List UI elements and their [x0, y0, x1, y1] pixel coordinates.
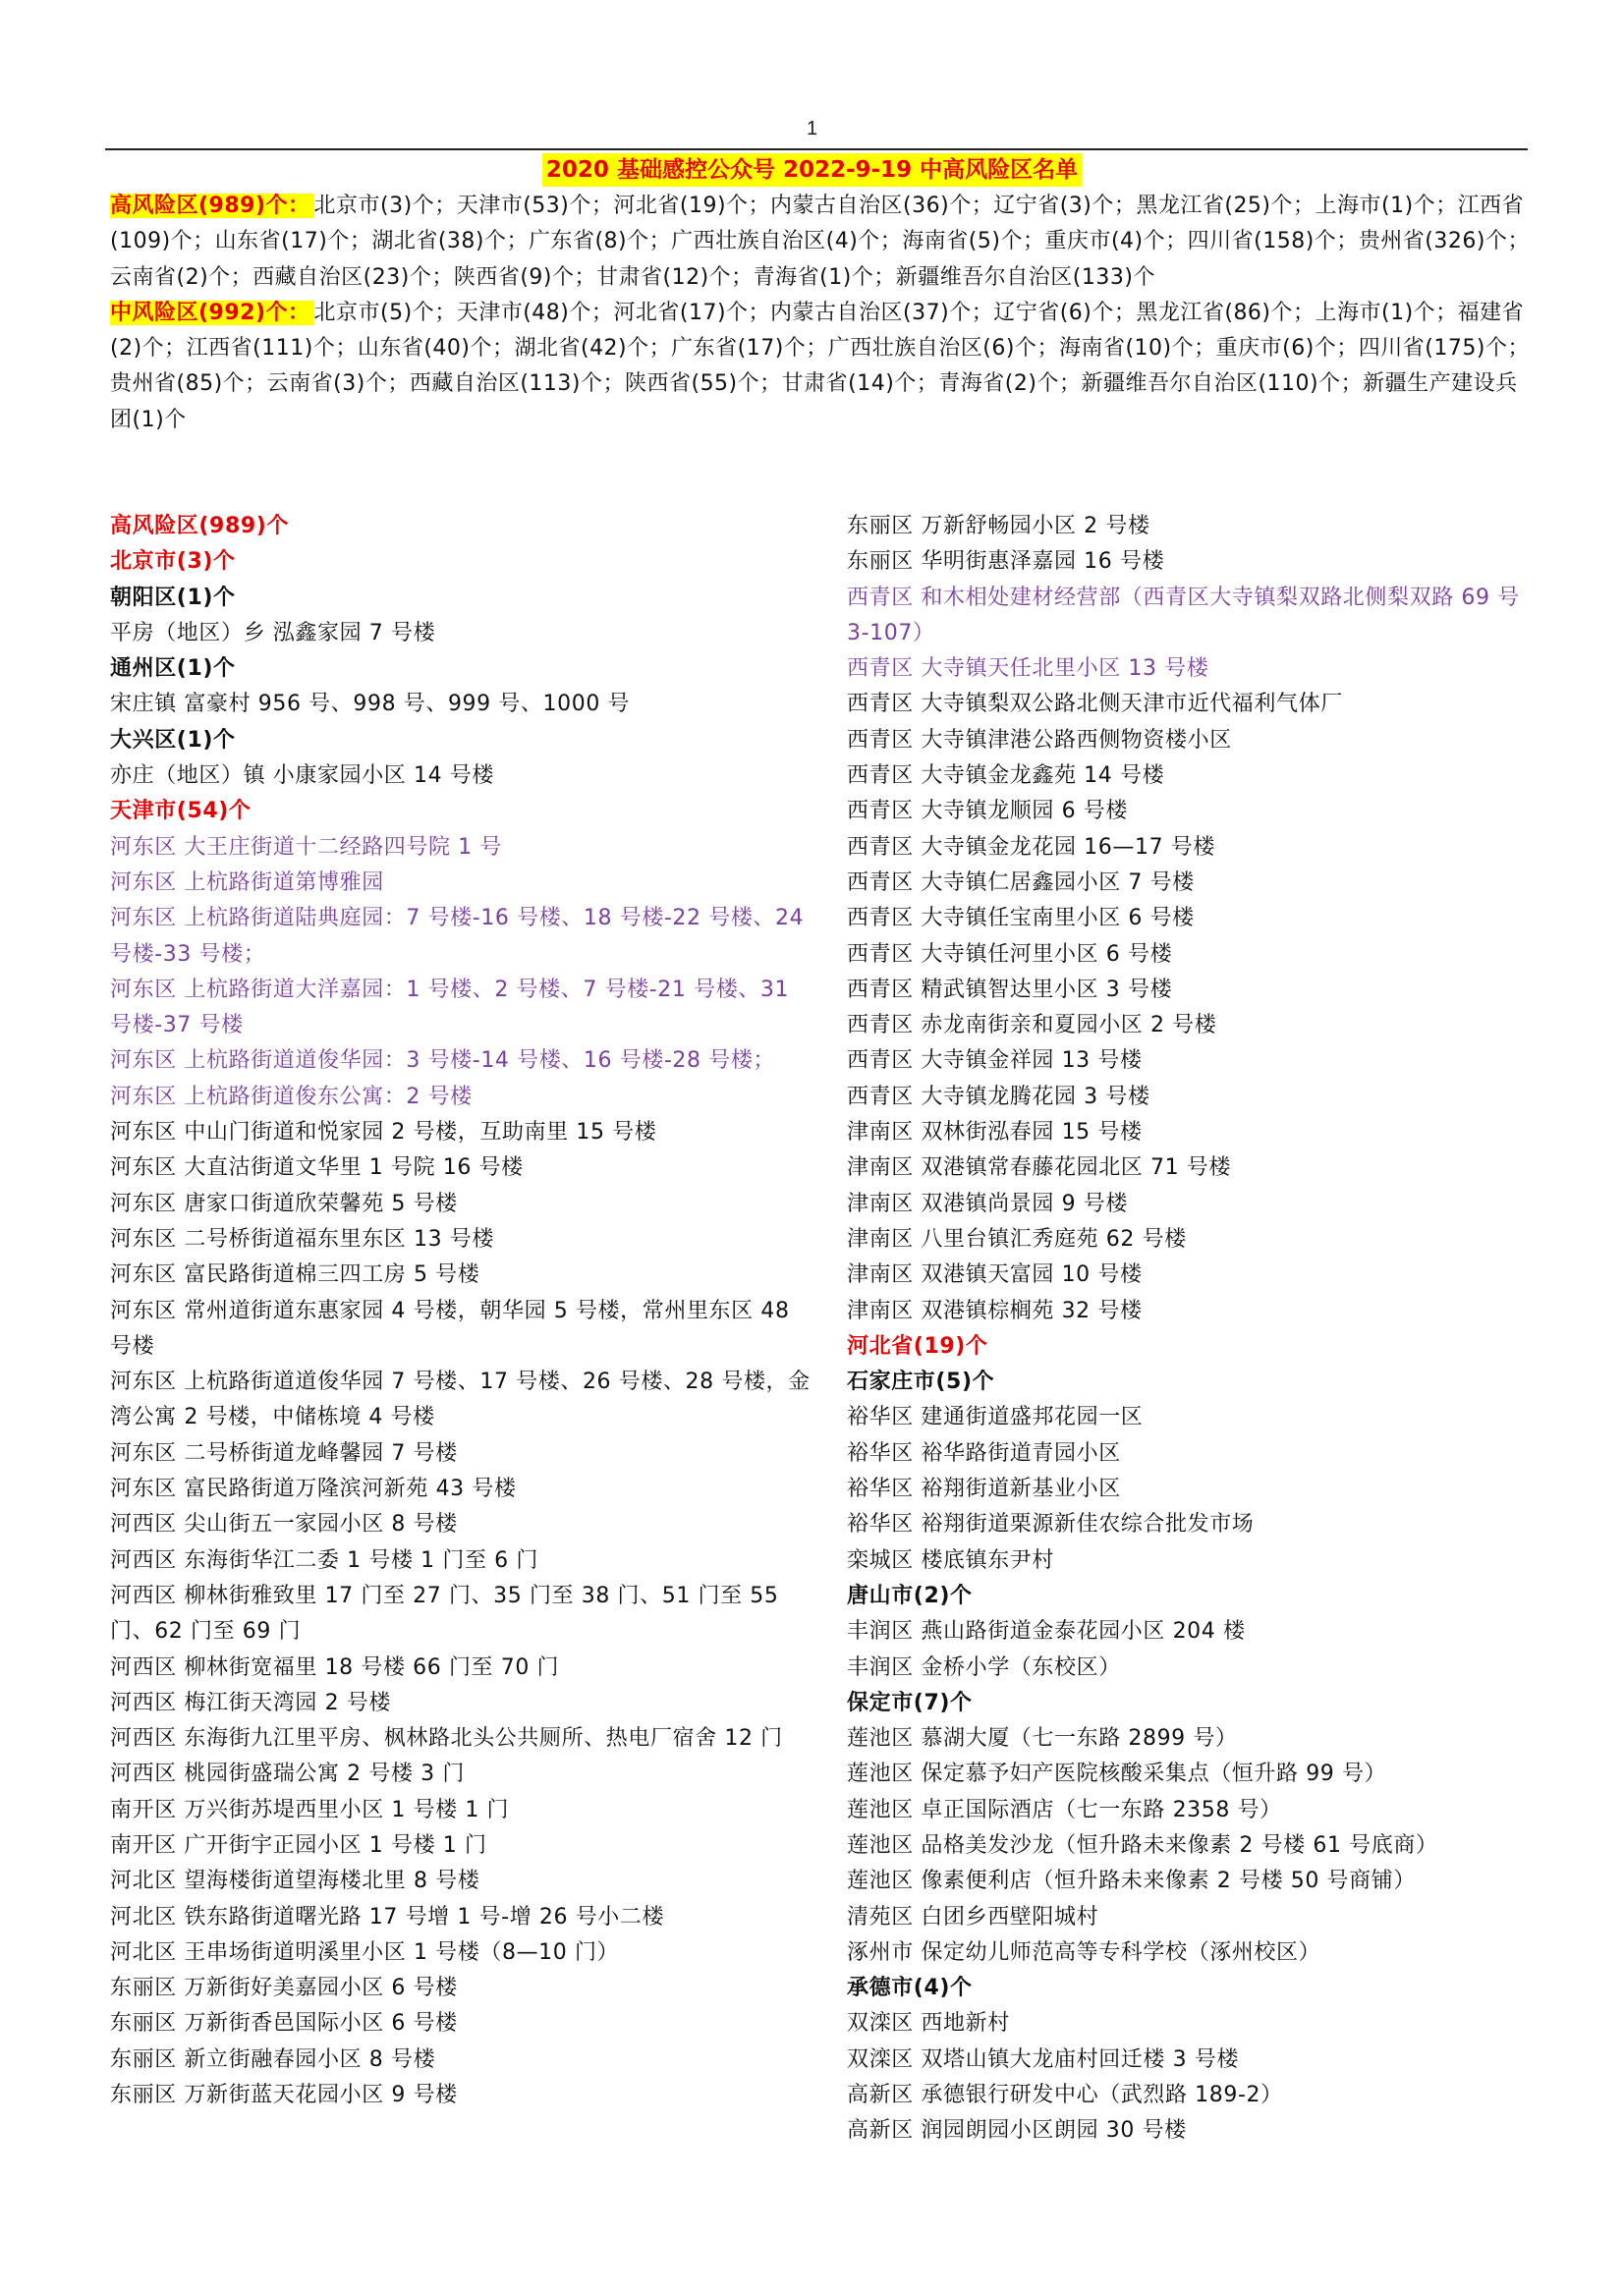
district-heading: 唐山市(2)个: [847, 1579, 1535, 1614]
address-entry: 平房（地区）乡 泓鑫家园 7 号楼: [110, 616, 817, 651]
address-entry: 西青区 大寺镇金祥园 13 号楼: [847, 1043, 1535, 1079]
address-entry: 西青区 大寺镇仁居鑫园小区 7 号楼: [847, 866, 1535, 901]
region-heading: 高风险区(989)个: [110, 509, 817, 544]
header-rule: [105, 148, 1528, 150]
address-entry: 宋庄镇 富豪村 956 号、998 号、999 号、1000 号: [110, 687, 817, 722]
left-column: 高风险区(989)个北京市(3)个朝阳区(1)个平房（地区）乡 泓鑫家园 7 号…: [110, 509, 817, 2113]
high-risk-summary: 高风险区(989)个：北京市(3)个；天津市(53)个；河北省(19)个；内蒙古…: [110, 189, 1530, 296]
address-entry: 河西区 梅江街天湾园 2 号楼: [110, 1686, 817, 1721]
address-entry: 河西区 东海街华江二委 1 号楼 1 门至 6 门: [110, 1543, 817, 1579]
address-entry: 津南区 双林街泓春园 15 号楼: [847, 1115, 1535, 1150]
address-entry: 高新区 承德银行研发中心（武烈路 189-2）: [847, 2078, 1535, 2113]
address-entry: 河东区 上杭路街道陆典庭园：7 号楼-16 号楼、18 号楼-22 号楼、24 …: [110, 901, 817, 973]
address-entry: 南开区 万兴街苏堤西里小区 1 号楼 1 门: [110, 1793, 817, 1828]
address-entry: 双滦区 西地新村: [847, 2006, 1535, 2042]
address-entry: 裕华区 裕华路街道青园小区: [847, 1436, 1535, 1472]
address-entry: 西青区 赤龙南街亲和夏园小区 2 号楼: [847, 1008, 1535, 1043]
address-entry: 丰润区 燕山路街道金泰花园小区 204 楼: [847, 1614, 1535, 1650]
medium-risk-summary: 中风险区(992)个：北京市(5)个；天津市(48)个；河北省(17)个；内蒙古…: [110, 296, 1530, 438]
medium-risk-label: 中风险区(992)个：: [110, 301, 314, 325]
address-entry: 东丽区 万新街蓝天花园小区 9 号楼: [110, 2078, 817, 2113]
district-heading: 保定市(7)个: [847, 1686, 1535, 1721]
address-entry: 津南区 双港镇尚景园 9 号楼: [847, 1187, 1535, 1222]
address-entry: 河西区 柳林街宽福里 18 号楼 66 门至 70 门: [110, 1651, 817, 1686]
address-entry: 西青区 大寺镇龙腾花园 3 号楼: [847, 1080, 1535, 1115]
address-entry: 东丽区 新立街融春园小区 8 号楼: [110, 2043, 817, 2078]
address-entry: 河东区 上杭路街道俊东公寓：2 号楼: [110, 1080, 817, 1115]
address-entry: 河西区 柳林街雅致里 17 门至 27 门、35 门至 38 门、51 门至 5…: [110, 1579, 817, 1651]
address-entry: 河东区 富民路街道棉三四工房 5 号楼: [110, 1258, 817, 1293]
region-heading: 天津市(54)个: [110, 794, 817, 829]
district-heading: 承德市(4)个: [847, 1971, 1535, 2006]
address-entry: 西青区 大寺镇任河里小区 6 号楼: [847, 937, 1535, 973]
document-title: 2020 基础感控公众号 2022-9-19 中高风险区名单: [542, 153, 1082, 187]
district-heading: 通州区(1)个: [110, 651, 817, 687]
address-entry: 东丽区 万新街好美嘉园小区 6 号楼: [110, 1971, 817, 2006]
address-entry: 南开区 广开街宇正园小区 1 号楼 1 门: [110, 1828, 817, 1864]
address-entry: 河东区 中山门街道和悦家园 2 号楼，互助南里 15 号楼: [110, 1115, 817, 1150]
region-heading: 北京市(3)个: [110, 544, 817, 580]
address-entry: 莲池区 品格美发沙龙（恒升路未来像素 2 号楼 61 号底商）: [847, 1828, 1535, 1864]
high-risk-breakdown: 北京市(3)个；天津市(53)个；河北省(19)个；内蒙古自治区(36)个；辽宁…: [110, 194, 1530, 290]
right-column: 东丽区 万新舒畅园小区 2 号楼东丽区 华明街惠泽嘉园 16 号楼西青区 和木相…: [847, 509, 1535, 2150]
address-entry: 莲池区 保定慕予妇产医院核酸采集点（恒升路 99 号）: [847, 1757, 1535, 1792]
address-entry: 津南区 双港镇天富园 10 号楼: [847, 1258, 1535, 1293]
address-entry: 裕华区 建通街道盛邦花园一区: [847, 1400, 1535, 1435]
address-entry: 裕华区 裕翔街道新基业小区: [847, 1472, 1535, 1507]
address-entry: 河东区 大直沽街道文华里 1 号院 16 号楼: [110, 1150, 817, 1186]
address-entry: 河东区 上杭路街道第博雅园: [110, 866, 817, 901]
address-entry: 莲池区 像素便利店（恒升路未来像素 2 号楼 50 号商铺）: [847, 1864, 1535, 1899]
title-container: 2020 基础感控公众号 2022-9-19 中高风险区名单: [0, 153, 1624, 187]
page-number: 1: [0, 118, 1624, 140]
address-entry: 津南区 双港镇常春藤花园北区 71 号楼: [847, 1150, 1535, 1186]
address-entry: 栾城区 楼底镇东尹村: [847, 1543, 1535, 1579]
address-entry: 亦庄（地区）镇 小康家园小区 14 号楼: [110, 758, 817, 794]
address-entry: 津南区 八里台镇汇秀庭苑 62 号楼: [847, 1222, 1535, 1258]
address-entry: 河西区 东海街九江里平房、枫林路北头公共厕所、热电厂宿舍 12 门: [110, 1721, 817, 1757]
address-entry: 清苑区 白团乡西壁阳城村: [847, 1900, 1535, 1935]
address-entry: 河北区 铁东路街道曙光路 17 号增 1 号-增 26 号小二楼: [110, 1900, 817, 1935]
address-entry: 河西区 尖山街五一家园小区 8 号楼: [110, 1507, 817, 1542]
address-entry: 河东区 大王庄街道十二经路四号院 1 号: [110, 830, 817, 866]
address-entry: 河北区 望海楼街道望海楼北里 8 号楼: [110, 1864, 817, 1899]
address-entry: 西青区 大寺镇龙顺园 6 号楼: [847, 794, 1535, 829]
address-entry: 西青区 大寺镇天任北里小区 13 号楼: [847, 651, 1535, 687]
region-heading: 河北省(19)个: [847, 1329, 1535, 1365]
address-entry: 东丽区 万新街香邑国际小区 6 号楼: [110, 2006, 817, 2042]
address-entry: 河东区 二号桥街道福东里东区 13 号楼: [110, 1222, 817, 1258]
address-entry: 西青区 和木相处建材经营部（西青区大寺镇梨双路北侧梨双路 69 号 3-107）: [847, 581, 1535, 652]
address-entry: 涿州市 保定幼儿师范高等专科学校（涿州校区）: [847, 1935, 1535, 1971]
address-entry: 西青区 精武镇智达里小区 3 号楼: [847, 973, 1535, 1008]
address-entry: 西青区 大寺镇津港公路西侧物资楼小区: [847, 723, 1535, 758]
address-entry: 西青区 大寺镇金龙鑫苑 14 号楼: [847, 758, 1535, 794]
medium-risk-breakdown: 北京市(5)个；天津市(48)个；河北省(17)个；内蒙古自治区(37)个；辽宁…: [110, 301, 1530, 432]
address-entry: 西青区 大寺镇任宝南里小区 6 号楼: [847, 901, 1535, 936]
address-entry: 东丽区 万新舒畅园小区 2 号楼: [847, 509, 1535, 544]
address-entry: 西青区 大寺镇金龙花园 16—17 号楼: [847, 830, 1535, 866]
district-heading: 朝阳区(1)个: [110, 581, 817, 616]
address-entry: 河东区 富民路街道万隆滨河新苑 43 号楼: [110, 1472, 817, 1507]
risk-summary: 高风险区(989)个：北京市(3)个；天津市(53)个；河北省(19)个；内蒙古…: [110, 189, 1530, 438]
district-heading: 石家庄市(5)个: [847, 1365, 1535, 1400]
address-entry: 高新区 润园朗园小区朗园 30 号楼: [847, 2113, 1535, 2149]
address-entry: 丰润区 金桥小学（东校区）: [847, 1651, 1535, 1686]
high-risk-label: 高风险区(989)个：: [110, 194, 314, 218]
address-entry: 河东区 上杭路街道道俊华园：3 号楼-14 号楼、16 号楼-28 号楼；: [110, 1043, 817, 1079]
address-entry: 河东区 常州道街道东惠家园 4 号楼，朝华园 5 号楼，常州里东区 48 号楼: [110, 1294, 817, 1366]
address-entry: 东丽区 华明街惠泽嘉园 16 号楼: [847, 544, 1535, 580]
address-entry: 西青区 大寺镇梨双公路北侧天津市近代福利气体厂: [847, 687, 1535, 722]
address-entry: 河东区 二号桥街道龙峰馨园 7 号楼: [110, 1436, 817, 1472]
address-entry: 莲池区 慕湖大厦（七一东路 2899 号）: [847, 1721, 1535, 1757]
address-entry: 双滦区 双塔山镇大龙庙村回迁楼 3 号楼: [847, 2043, 1535, 2078]
address-entry: 莲池区 卓正国际酒店（七一东路 2358 号）: [847, 1793, 1535, 1828]
address-entry: 河东区 上杭路街道大洋嘉园：1 号楼、2 号楼、7 号楼-21 号楼、31 号楼…: [110, 973, 817, 1044]
address-entry: 河西区 桃园街盛瑞公寓 2 号楼 3 门: [110, 1757, 817, 1792]
address-entry: 河北区 王串场街道明溪里小区 1 号楼（8—10 门）: [110, 1935, 817, 1971]
address-entry: 裕华区 裕翔街道栗源新佳农综合批发市场: [847, 1507, 1535, 1542]
address-entry: 河东区 唐家口街道欣荣馨苑 5 号楼: [110, 1187, 817, 1222]
address-entry: 津南区 双港镇棕榈苑 32 号楼: [847, 1294, 1535, 1329]
address-entry: 河东区 上杭路街道道俊华园 7 号楼、17 号楼、26 号楼、28 号楼，金湾公…: [110, 1365, 817, 1436]
district-heading: 大兴区(1)个: [110, 723, 817, 758]
